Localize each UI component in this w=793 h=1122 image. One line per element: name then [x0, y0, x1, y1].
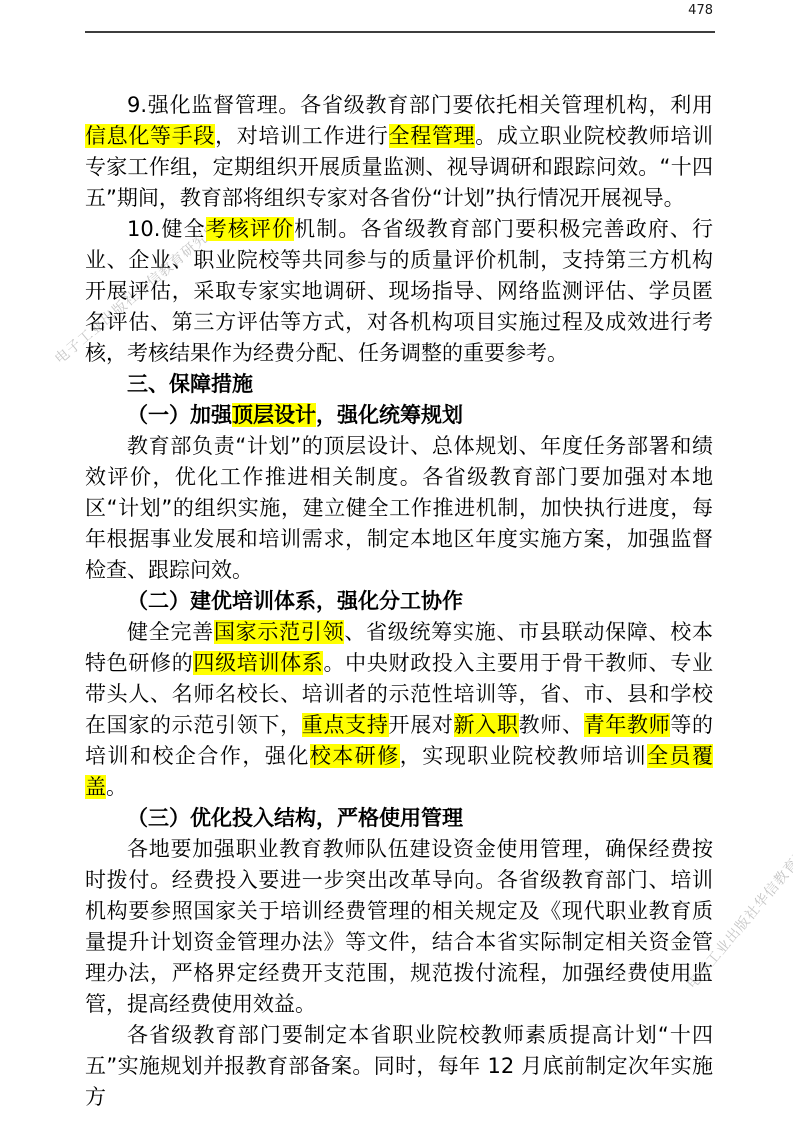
highlighted-text: 国家示范引领: [214, 620, 344, 644]
highlighted-text: 考核评价: [206, 217, 294, 241]
section-heading: 三、保障措施: [85, 369, 713, 400]
text-segment: 各省级教育部门要制定本省职业院校教师素质提高计划“十四五”实施规划并报教育部备案…: [85, 1023, 713, 1109]
highlighted-text: 信息化等手段: [85, 124, 215, 148]
highlighted-text: 顶层设计: [232, 403, 316, 427]
text-segment: 。: [106, 775, 127, 799]
highlighted-text: 青年教师: [584, 713, 671, 737]
document-body: 9.强化监督管理。各省级教育部门要依托相关管理机构，利用信息化等手段，对培训工作…: [85, 90, 713, 1113]
paragraph: 健全完善国家示范引领、省级统筹实施、市县联动保障、校本特色研修的四级培训体系。中…: [85, 617, 713, 803]
text-segment: 教师、: [519, 713, 584, 737]
highlighted-text: 四级培训体系: [193, 651, 323, 675]
text-segment: 三、保障措施: [127, 372, 253, 396]
paragraph: 教育部负责“计划”的顶层设计、总体规划、年度任务部署和绩效评价，优化工作推进相关…: [85, 431, 713, 586]
text-segment: 9.强化监督管理。各省级教育部门要依托相关管理机构，利用: [127, 93, 713, 117]
text-segment: （一）加强: [127, 403, 232, 427]
text-segment: ，强化统筹规划: [316, 403, 463, 427]
document-page: 478 电子工业出版社华信教育研究所 电子工业出版社华信教育研究所 9.强化监督…: [0, 0, 793, 1122]
paragraph: 各省级教育部门要制定本省职业院校教师素质提高计划“十四五”实施规划并报教育部备案…: [85, 1020, 713, 1113]
paragraph: 9.强化监督管理。各省级教育部门要依托相关管理机构，利用信息化等手段，对培训工作…: [85, 90, 713, 214]
text-segment: 教育部负责“计划”的顶层设计、总体规划、年度任务部署和绩效评价，优化工作推进相关…: [85, 434, 713, 582]
section-heading: （二）建优培训体系，强化分工协作: [85, 586, 713, 617]
highlighted-text: 重点支持: [302, 713, 389, 737]
text-segment: 健全完善: [127, 620, 214, 644]
paragraph: 各地要加强职业教育教师队伍建设资金使用管理，确保经费按时拨付。经费投入要进一步突…: [85, 834, 713, 1020]
text-segment: ，对培训工作进行: [215, 124, 388, 148]
paragraph: 10.健全考核评价机制。各省级教育部门要积极完善政府、行业、企业、职业院校等共同…: [85, 214, 713, 369]
highlighted-text: 校本研修: [310, 744, 400, 768]
highlighted-text: 全程管理: [389, 124, 476, 148]
section-heading: （一）加强顶层设计，强化统筹规划: [85, 400, 713, 431]
text-segment: 开展对: [389, 713, 454, 737]
header-divider: [85, 31, 715, 33]
text-segment: ，实现职业院校教师培训: [400, 744, 647, 768]
text-segment: 10.健全: [127, 217, 206, 241]
text-segment: （三）优化投入结构，严格使用管理: [127, 806, 463, 830]
text-segment: 各地要加强职业教育教师队伍建设资金使用管理，确保经费按时拨付。经费投入要进一步突…: [85, 837, 713, 1016]
highlighted-text: 新入职: [454, 713, 519, 737]
section-heading: （三）优化投入结构，严格使用管理: [85, 803, 713, 834]
text-segment: （二）建优培训体系，强化分工协作: [127, 589, 463, 613]
page-number: 478: [688, 3, 713, 18]
